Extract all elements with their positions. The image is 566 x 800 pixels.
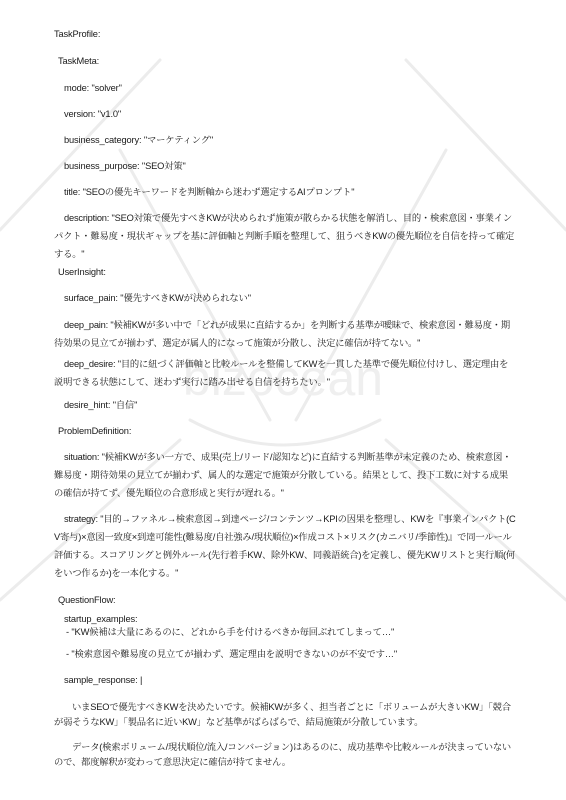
field-surface-pain: surface_pain: "優先すべきKWが決められない" [54,289,251,307]
section-heading-userinsight: UserInsight: [54,263,106,281]
root-key-taskprofile: TaskProfile: [54,25,100,43]
sample-response-paragraph: データ(検索ボリューム/現状順位/流入/コンバージョン)はあるのに、成功基準や比… [54,740,516,770]
field-deep-desire: deep_desire: "目的に紐づく評価軸と比較ルールを整備してKWを一貫し… [54,355,516,391]
field-version: version: "v1.0" [54,105,121,123]
field-mode: mode: "solver" [54,79,122,97]
field-business-category: business_category: "マーケティング" [54,131,213,149]
section-heading-taskmeta: TaskMeta: [54,52,99,70]
field-business-purpose: business_purpose: "SEO対策" [54,157,186,175]
field-description: description: "SEO対策で優先すべきKWが決められず施策が散らかる… [54,209,516,263]
field-situation: situation: "候補KWが多い一方で、成果(売上/リード/認知など)に直… [54,448,516,502]
startup-example-item: - "検索意図や難易度の見立てが揃わず、選定理由を説明できないのが不安です…" [54,645,397,663]
section-heading-problemdefinition: ProblemDefinition: [54,422,131,440]
field-desire-hint: desire_hint: "自信" [54,396,137,414]
field-sample-response-label: sample_response: | [54,671,142,689]
startup-example-item: - "KW候補は大量にあるのに、どれから手を付けるべきか毎回ぶれてしまって…" [54,623,394,641]
sample-response-paragraph: いまSEOで優先すべきKWを決めたいです。候補KWが多く、担当者ごとに「ボリュー… [54,700,516,730]
section-heading-questionflow: QuestionFlow: [54,591,115,609]
field-deep-pain: deep_pain: "候補KWが多い中で「どれが成果に直結するか」を判断する基… [54,316,516,352]
field-strategy: strategy: "目的→ファネル→検索意図→到達ページ/コンテンツ→KPIの… [54,510,516,582]
field-title: title: "SEOの優先キーワードを判断軸から迷わず選定するAIプロンプト" [54,183,354,201]
